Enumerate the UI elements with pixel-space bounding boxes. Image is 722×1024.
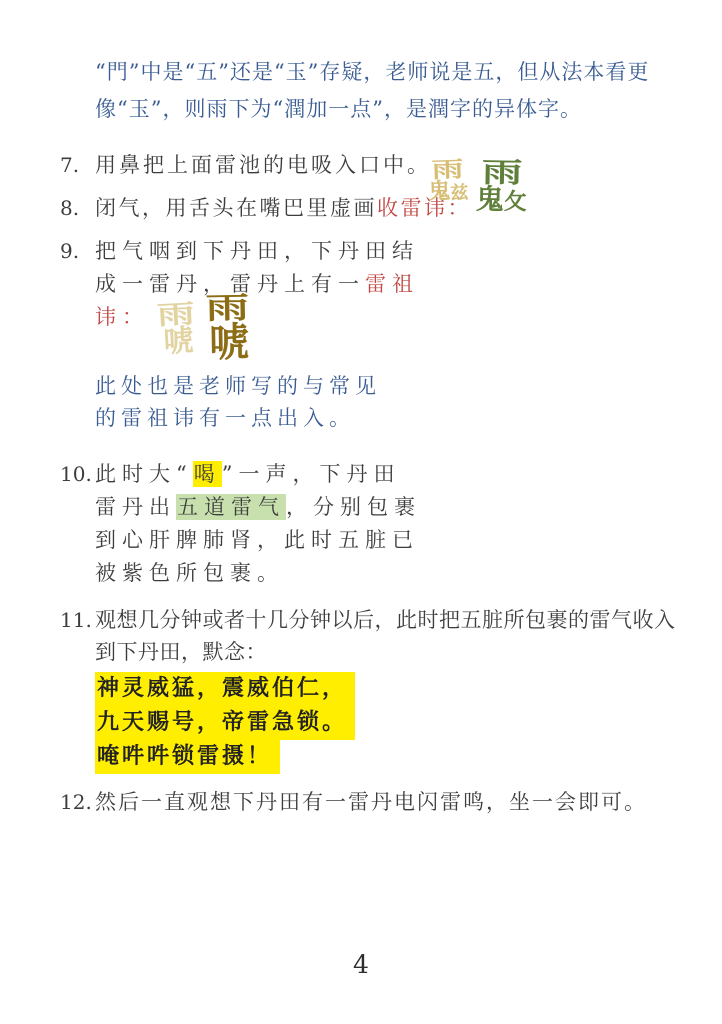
margin-note-leizu: 此处也是老师写的与常见 的雷祖讳有一点出入。 <box>95 370 672 434</box>
item-text: 然后一直观想下丹田有一雷丹电闪雷鸣，坐一会即可。 <box>95 786 647 819</box>
note-line: 此处也是老师写的与常见 <box>95 370 672 402</box>
talisman-glyph-green: 雨 鬼攵 <box>476 160 528 214</box>
item-number: 10. <box>60 458 95 491</box>
item-line: 被紫色所包裹。 <box>95 557 421 590</box>
item-number: 8. <box>60 192 95 225</box>
list-item-9: 9. 把气咽到下丹田，下丹田结 成一雷丹，雷丹上有一雷祖 讳： 雨 唬 雨 唬 <box>60 235 672 362</box>
note-line: 像“玉”，则雨下为“潤加一点”，是潤字的异体字。 <box>95 91 672 128</box>
item-number: 12. <box>60 786 95 819</box>
item-number: 9. <box>60 235 95 268</box>
item-text: 观想几分钟或者十几分钟以后，此时把五脏所包裹的雷气收入 到下丹田，默念： 神灵威… <box>95 604 676 774</box>
note-line: “門”中是“五”还是“玉”存疑，老师说是五，但从法本看更 <box>95 54 672 91</box>
item-line: 此时大“喝”一声，下丹田 <box>95 458 421 491</box>
document-page: “門”中是“五”还是“玉”存疑，老师说是五，但从法本看更 像“玉”，则雨下为“潤… <box>60 54 672 819</box>
item-line: 观想几分钟或者十几分钟以后，此时把五脏所包裹的雷气收入 <box>95 604 676 636</box>
mantra-block: 神灵威猛，震威伯仁， 九天赐号，帝雷急锁。 唵吽吽锁雷摄！ <box>95 672 676 774</box>
list-item-7: 7. 用鼻把上面雷池的电吸入口中。 <box>60 149 672 182</box>
list-item-8: 8. 闭气，用舌头在嘴巴里虚画收雷讳： 雨 鬼兹 雨 鬼攵 <box>60 192 672 225</box>
highlight-green: 五道雷气 <box>176 494 286 520</box>
item-line: 到心肝脾肺肾，此时五脏已 <box>95 524 421 557</box>
list-item-12: 12. 然后一直观想下丹田有一雷丹电闪雷鸣，坐一会即可。 <box>60 786 672 819</box>
list-item-10: 10. 此时大“喝”一声，下丹田 雷丹出五道雷气，分别包裹 到心肝脾肺肾，此时五… <box>60 458 672 590</box>
talisman-glyph-pale: 雨 唬 <box>162 302 201 357</box>
red-term: 讳： <box>95 301 149 334</box>
item-line: 到下丹田，默念： <box>95 636 676 668</box>
talisman-group-leizu: 雨 唬 雨 唬 <box>163 301 255 362</box>
margin-note-top: “門”中是“五”还是“玉”存疑，老师说是五，但从法本看更 像“玉”，则雨下为“潤… <box>95 54 672 128</box>
mantra-line: 神灵威猛，震威伯仁， <box>95 672 676 706</box>
item-text: 此时大“喝”一声，下丹田 雷丹出五道雷气，分别包裹 到心肝脾肺肾，此时五脏已 被… <box>95 458 421 590</box>
note-line: 的雷祖讳有一点出入。 <box>95 402 672 434</box>
item-line: 讳： 雨 唬 雨 唬 <box>95 301 419 362</box>
item-text: 闭气，用舌头在嘴巴里虚画收雷讳： <box>95 192 471 225</box>
page-number: 4 <box>0 950 722 979</box>
item-text-plain: 闭气，用舌头在嘴巴里虚画 <box>95 196 377 220</box>
item-number: 11. <box>60 604 95 637</box>
list-item-11: 11. 观想几分钟或者十几分钟以后，此时把五脏所包裹的雷气收入 到下丹田，默念：… <box>60 604 672 774</box>
item-text: 把气咽到下丹田，下丹田结 成一雷丹，雷丹上有一雷祖 讳： 雨 唬 雨 唬 <box>95 235 419 362</box>
item-line: 把气咽到下丹田，下丹田结 <box>95 235 419 268</box>
talisman-glyph-gold: 雨 鬼兹 <box>427 159 468 202</box>
talisman-group-collect-thunder: 雨 鬼兹 雨 鬼攵 <box>428 160 527 213</box>
highlight-yellow: 喝 <box>193 461 222 487</box>
item-line: 雷丹出五道雷气，分别包裹 <box>95 491 421 524</box>
mantra-line: 九天赐号，帝雷急锁。 <box>95 706 676 740</box>
mantra-line: 唵吽吽锁雷摄！ <box>95 740 676 774</box>
item-number: 7. <box>60 149 95 182</box>
talisman-glyph-dark-gold: 雨 唬 <box>208 295 255 362</box>
item-text: 用鼻把上面雷池的电吸入口中。 <box>95 149 431 182</box>
red-term: 雷祖 <box>365 272 419 296</box>
